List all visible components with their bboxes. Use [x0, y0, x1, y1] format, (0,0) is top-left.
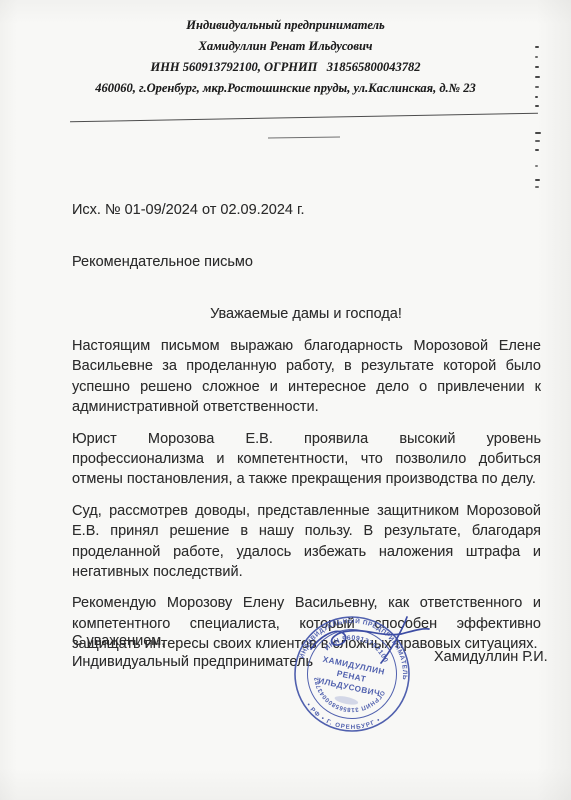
stamp-imprint: ИНДИВИДУАЛЬНЫЙ ПРЕДПРИНИМАТЕЛЬ • РФ • Г.…: [287, 609, 420, 739]
salutation: Уважаемые дамы и господа!: [72, 306, 540, 322]
closing-regards: С уважением,: [72, 631, 313, 652]
round-stamp: ИНДИВИДУАЛЬНЫЙ ПРЕДПРИНИМАТЕЛЬ • РФ • Г.…: [287, 609, 437, 739]
paragraph-professionalism: Юрист Морозова Е.В. проявила высокий уро…: [72, 429, 541, 490]
letterhead-address: 460060, г.Оренбург, мкр.Ростошинские пру…: [0, 78, 571, 99]
paragraph-gratitude: Настоящим письмом выражаю благодарность …: [72, 336, 541, 418]
letterhead: Индивидуальный предприниматель Хамидулли…: [0, 15, 571, 99]
paragraph-court-result: Суд, рассмотрев доводы, представленные з…: [72, 501, 541, 583]
signer-name: Хамидуллин Р.И.: [434, 649, 548, 665]
letter-page: Индивидуальный предприниматель Хамидулли…: [0, 0, 571, 800]
outgoing-reference: Исх. № 01-09/2024 от 02.09.2024 г.: [72, 202, 305, 218]
short-divider-line: [268, 136, 340, 138]
letterhead-entity-type: Индивидуальный предприниматель: [0, 15, 571, 36]
letter-title: Рекомендательное письмо: [72, 254, 253, 270]
closing-block: С уважением, Индивидуальный предпринимат…: [72, 631, 313, 672]
letterhead-inn-ogrnip: ИНН 560913792100, ОГРНИП 318565800043782: [0, 57, 571, 78]
letterhead-divider-line: [70, 113, 538, 123]
closing-role: Индивидуальный предприниматель: [72, 652, 313, 673]
letterhead-entity-name: Хамидуллин Ренат Ильдусович: [0, 36, 571, 57]
